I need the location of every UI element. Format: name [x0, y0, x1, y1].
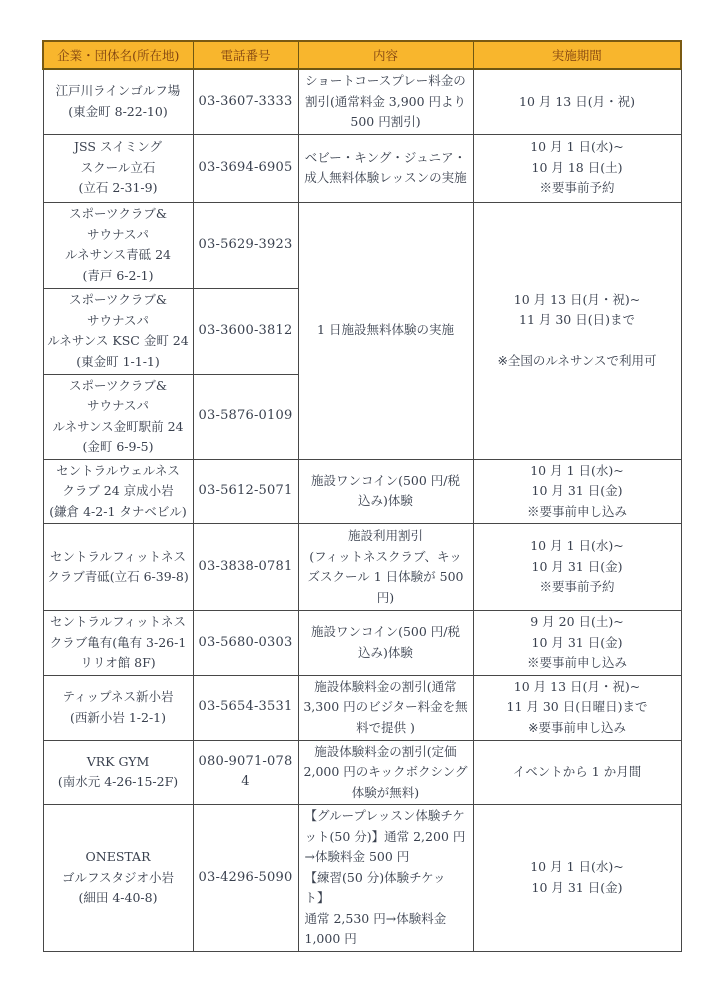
phone-cell: 03-4296-5090 [193, 805, 298, 952]
phone-cell: 03-3607-3333 [193, 69, 298, 134]
table-row: スポーツクラブ&サウナスパルネサンス青砥 24(青戸 6-2-1) 03-562… [43, 202, 681, 288]
company-cell: JSS スイミングスクール立石(立石 2-31-9) [43, 134, 193, 202]
header-company: 企業・団体名(所在地) [43, 41, 193, 69]
table-row: VRK GYM(南水元 4-26-15-2F) 080-9071-0784 施設… [43, 740, 681, 805]
company-cell: セントラルフィットネスクラブ亀有(亀有 3-26-1リリオ館 8F) [43, 611, 193, 676]
phone-cell: 03-3838-0781 [193, 524, 298, 611]
table-row: セントラルフィットネスクラブ青砥(立石 6-39-8) 03-3838-0781… [43, 524, 681, 611]
content-cell: 施設体験料金の割引(通常3,300 円のビジター料金を無料で提供 ) [298, 675, 473, 740]
period-cell: 9 月 20 日(土)~10 月 31 日(金)※要事前申し込み [473, 611, 681, 676]
document-page: 企業・団体名(所在地) 電話番号 内容 実施期間 江戸川ラインゴルフ場(東金町 … [0, 0, 707, 1000]
table-row: ティップネス新小岩(西新小岩 1-2-1) 03-5654-3531 施設体験料… [43, 675, 681, 740]
header-period: 実施期間 [473, 41, 681, 69]
content-cell-merged: 1 日施設無料体験の実施 [298, 202, 473, 459]
phone-cell: 03-3694-6905 [193, 134, 298, 202]
table-row: JSS スイミングスクール立石(立石 2-31-9) 03-3694-6905 … [43, 134, 681, 202]
phone-cell: 03-5612-5071 [193, 459, 298, 524]
company-cell: スポーツクラブ&サウナスパルネサンス KSC 金町 24(東金町 1-1-1) [43, 288, 193, 374]
period-cell: 10 月 1 日(水)~10 月 31 日(金)※要事前予約 [473, 524, 681, 611]
company-cell: ONESTARゴルフスタジオ小岩(細田 4-40-8) [43, 805, 193, 952]
period-cell: 10 月 1 日(水)~10 月 31 日(金)※要事前申し込み [473, 459, 681, 524]
header-phone: 電話番号 [193, 41, 298, 69]
period-cell: 10 月 1 日(水)~10 月 31 日(金) [473, 805, 681, 952]
company-cell: 江戸川ラインゴルフ場(東金町 8-22-10) [43, 69, 193, 134]
table-row: セントラルウェルネスクラブ 24 京成小岩(鎌倉 4-2-1 タナベビル) 03… [43, 459, 681, 524]
table-row: セントラルフィットネスクラブ亀有(亀有 3-26-1リリオ館 8F) 03-56… [43, 611, 681, 676]
period-cell: 10 月 13 日(月・祝)~11 月 30 日(日曜日)まで※要事前申し込み [473, 675, 681, 740]
phone-cell: 03-5629-3923 [193, 202, 298, 288]
content-cell: 施設ワンコイン(500 円/税込み)体験 [298, 459, 473, 524]
phone-cell: 03-3600-3812 [193, 288, 298, 374]
period-cell: イベントから 1 か月間 [473, 740, 681, 805]
phone-cell: 03-5680-0303 [193, 611, 298, 676]
company-cell: セントラルウェルネスクラブ 24 京成小岩(鎌倉 4-2-1 タナベビル) [43, 459, 193, 524]
company-cell: セントラルフィットネスクラブ青砥(立石 6-39-8) [43, 524, 193, 611]
period-cell-merged: 10 月 13 日(月・祝)~11 月 30 日(日)まで※全国のルネサンスで利… [473, 202, 681, 459]
company-cell: VRK GYM(南水元 4-26-15-2F) [43, 740, 193, 805]
content-cell: 施設体験料金の割引(定価2,000 円のキックボクシング体験が無料) [298, 740, 473, 805]
content-cell: 施設ワンコイン(500 円/税込み)体験 [298, 611, 473, 676]
content-cell: ショートコースプレー料金の割引(通常料金 3,900 円より500 円割引) [298, 69, 473, 134]
period-cell: 10 月 1 日(水)~10 月 18 日(土)※要事前予約 [473, 134, 681, 202]
company-cell: スポーツクラブ&サウナスパルネサンス金町駅前 24(金町 6-9-5) [43, 374, 193, 459]
table-header-row: 企業・団体名(所在地) 電話番号 内容 実施期間 [43, 41, 681, 69]
content-cell: 【グループレッスン体験チケット(50 分)】通常 2,200 円→体験料金 50… [298, 805, 473, 952]
content-cell: ベビー・キング・ジュニア・成人無料体験レッスンの実施 [298, 134, 473, 202]
table-row: 江戸川ラインゴルフ場(東金町 8-22-10) 03-3607-3333 ショー… [43, 69, 681, 134]
company-cell: スポーツクラブ&サウナスパルネサンス青砥 24(青戸 6-2-1) [43, 202, 193, 288]
company-cell: ティップネス新小岩(西新小岩 1-2-1) [43, 675, 193, 740]
period-cell: 10 月 13 日(月・祝) [473, 69, 681, 134]
header-content: 内容 [298, 41, 473, 69]
phone-cell: 080-9071-0784 [193, 740, 298, 805]
benefits-table: 企業・団体名(所在地) 電話番号 内容 実施期間 江戸川ラインゴルフ場(東金町 … [42, 40, 682, 952]
content-cell: 施設利用割引(フィットネスクラブ、キッズスクール 1 日体験が 500円) [298, 524, 473, 611]
table-row: ONESTARゴルフスタジオ小岩(細田 4-40-8) 03-4296-5090… [43, 805, 681, 952]
phone-cell: 03-5876-0109 [193, 374, 298, 459]
phone-cell: 03-5654-3531 [193, 675, 298, 740]
